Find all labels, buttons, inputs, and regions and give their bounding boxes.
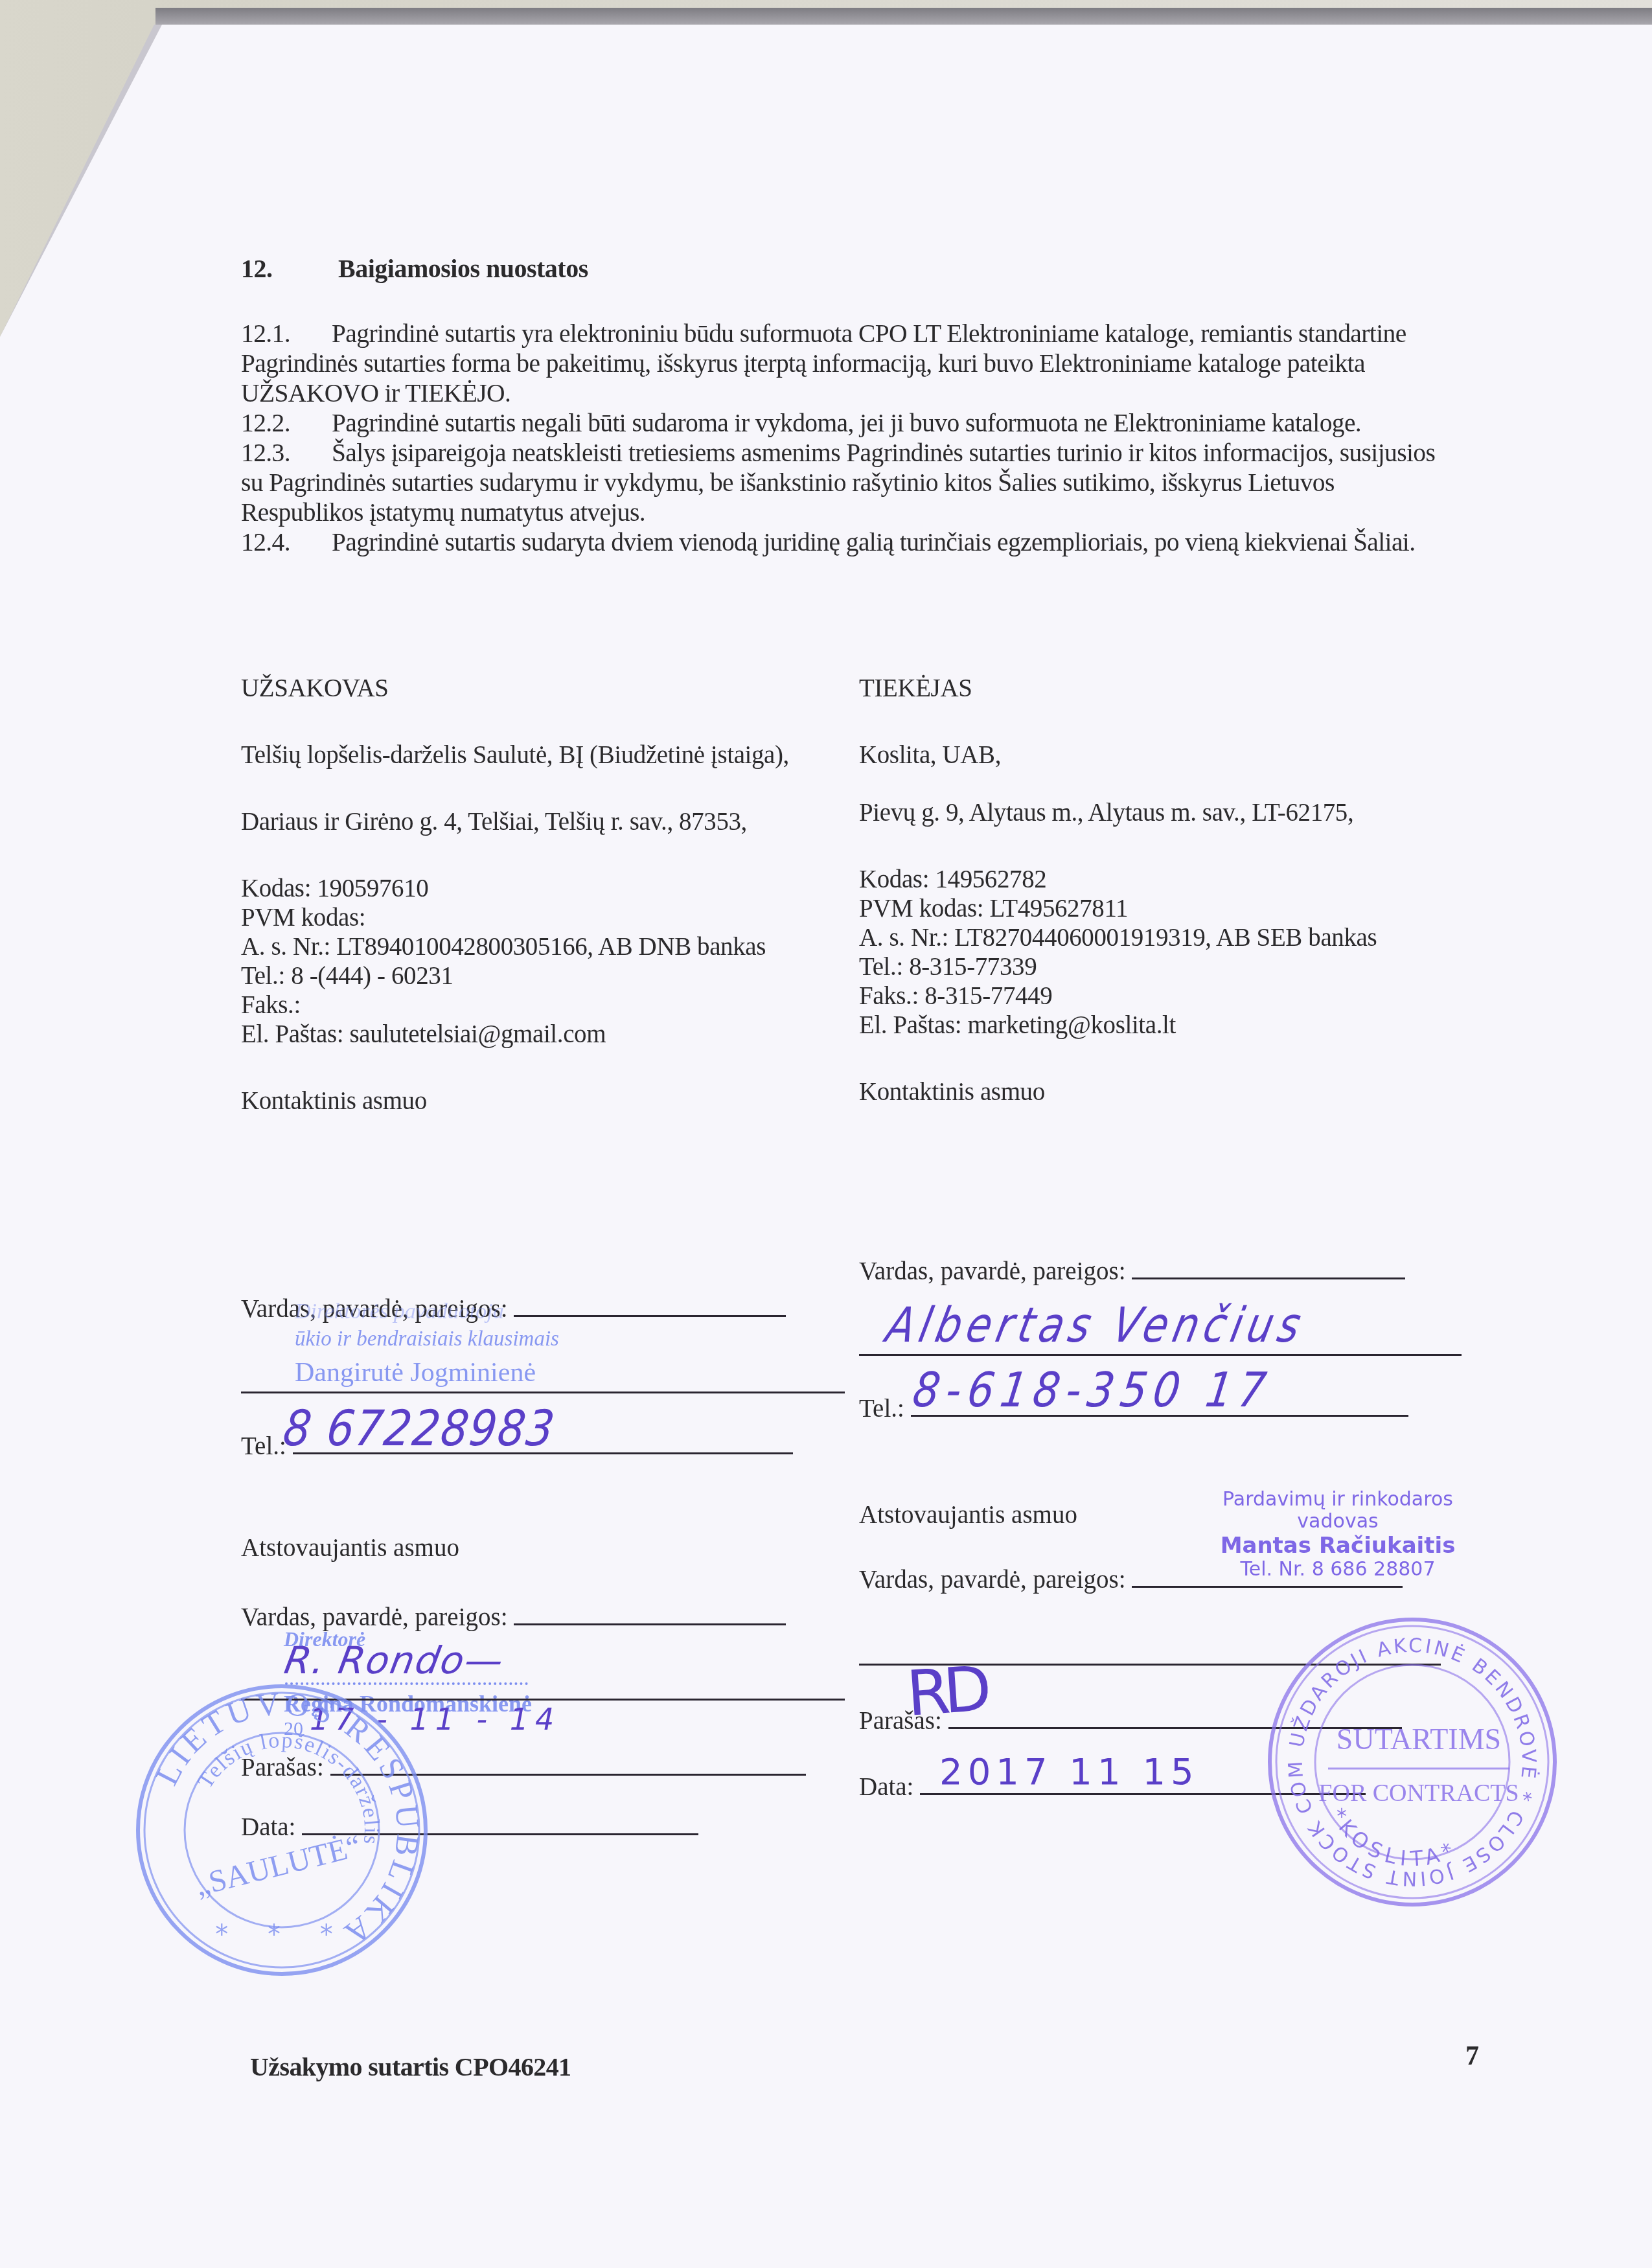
supplier-fax: Faks.: 8-315-77449	[859, 981, 1481, 1011]
supplier-rep-name-field: Vardas, pavardė, pareigos:	[859, 1565, 1403, 1594]
buyer-rep-signature-handwritten: R. Rondo—	[281, 1639, 508, 1682]
clause-number: 12.1.	[241, 319, 332, 349]
supplier-name: Koslita, UAB,	[859, 740, 1481, 770]
buyer-account: A. s. Nr.: LT894010042800305166, AB DNB …	[241, 932, 824, 961]
supplier-email: El. Paštas: marketing@koslita.lt	[859, 1011, 1481, 1040]
clause-12-1: 12.1.Pagrindinė sutartis yra elektronini…	[241, 319, 1452, 408]
supplier-address: Pievų g. 9, Alytaus m., Alytaus m. sav.,…	[859, 798, 1429, 827]
clause-number: 12.4.	[241, 527, 332, 557]
buyer-contact-stamp-role-1: Direktorės pavaduotoja	[295, 1299, 504, 1324]
document-page: 12.Baigiamosios nuostatos 12.1.Pagrindin…	[0, 0, 1652, 2268]
clause-text: Pagrindinė sutartis sudaryta dviem vieno…	[332, 528, 1416, 556]
supplier-rep-stamp-role-1: Pardavimų ir rinkodaros	[1199, 1489, 1477, 1511]
supplier-seal-bottom-text: *KOSLITA*	[1325, 1804, 1462, 1872]
svg-text:*KOSLITA*: *KOSLITA*	[1325, 1804, 1462, 1872]
supplier-rep-stamp-role-2: vadovas	[1199, 1511, 1477, 1533]
field-label: Data:	[859, 1773, 913, 1801]
supplier-seal-center-bottom: FOR CONTRACTS	[1318, 1780, 1519, 1807]
buyer-contact-stamp-role-2: ūkio ir bendraisiais klausimais	[295, 1327, 559, 1351]
buyer-column: UŽSAKOVAS Telšių lopšelis-darželis Saulu…	[241, 674, 863, 1116]
buyer-seal-center-text: „SAULUTĖ“	[192, 1829, 364, 1903]
section-title: Baigiamosios nuostatos	[338, 254, 588, 283]
field-label: Tel.:	[241, 1432, 286, 1460]
supplier-vat-code: PVM kodas: LT495627811	[859, 894, 1481, 923]
clause-number: 12.3.	[241, 438, 332, 468]
supplier-rep-stamp-name: Mantas Račiukaitis	[1199, 1533, 1477, 1559]
clause-12-4: 12.4.Pagrindinė sutartis sudaryta dviem …	[241, 527, 1452, 557]
supplier-contact-heading: Kontaktinis asmuo	[859, 1077, 1481, 1106]
field-label: Tel.:	[859, 1395, 904, 1423]
buyer-contact-extra-line[interactable]	[241, 1392, 845, 1393]
buyer-vat-code: PVM kodas:	[241, 903, 863, 932]
footer-page-number: 7	[1465, 2041, 1479, 2072]
buyer-contact-stamp-name: Dangirutė Jogminienė	[295, 1357, 536, 1389]
field-label: Vardas, pavardė, pareigos:	[859, 1566, 1126, 1594]
supplier-contact-name-field: Vardas, pavardė, pareigos:	[859, 1257, 1405, 1286]
supplier-contact-extra-line[interactable]	[859, 1354, 1462, 1356]
buyer-seal-stars: * * *	[215, 1920, 348, 1950]
clauses-list: 12.1.Pagrindinė sutartis yra elektronini…	[241, 319, 1452, 557]
buyer-seal-stamp: LIETUVOS RESPUBLIKA Telšių lopšelis-darž…	[133, 1681, 431, 1979]
supplier-seal-stamp: UŽDAROJI AKCINĖ BENDROVĖ * CLOSE JOINT S…	[1263, 1613, 1561, 1911]
supplier-heading: TIEKĖJAS	[859, 674, 1481, 703]
supplier-contact-name-line[interactable]	[1132, 1277, 1405, 1279]
supplier-rep-name-line[interactable]	[1132, 1585, 1403, 1588]
field-label: Vardas, pavardė, pareigos:	[241, 1603, 508, 1631]
section-number: 12.	[241, 254, 338, 284]
buyer-name: Telšių lopšelis-darželis Saulutė, BĮ (Bi…	[241, 740, 811, 770]
field-label: Vardas, pavardė, pareigos:	[859, 1257, 1126, 1285]
supplier-date-handwritten: 2017 11 15	[939, 1752, 1199, 1794]
buyer-heading: UŽSAKOVAS	[241, 674, 863, 703]
buyer-rep-name-line[interactable]	[514, 1623, 786, 1625]
supplier-account: A. s. Nr.: LT827044060001919319, AB SEB …	[859, 923, 1442, 952]
supplier-contact-phone-handwritten: 8-618-350 17	[910, 1363, 1276, 1418]
clause-text: Pagrindinė sutartis negali būti sudaroma…	[332, 409, 1361, 437]
clause-text: Pagrindinė sutartis yra elektroniniu būd…	[241, 319, 1406, 407]
clause-text: Šalys įsipareigoja neatskleisti tretiesi…	[241, 439, 1435, 527]
buyer-contact-heading: Kontaktinis asmuo	[241, 1086, 863, 1116]
buyer-contact-name-line[interactable]	[514, 1314, 786, 1317]
svg-text:LIETUVOS RESPUBLIKA: LIETUVOS RESPUBLIKA	[148, 1685, 427, 1954]
footer-document-title: Užsakymo sutartis CPO46241	[250, 2052, 571, 2082]
buyer-rep-heading: Atstovaujantis asmuo	[241, 1533, 459, 1563]
supplier-signature-handwritten: RD	[904, 1653, 987, 1731]
buyer-email: El. Paštas: saulutetelsiai@gmail.com	[241, 1020, 863, 1049]
clause-12-2: 12.2.Pagrindinė sutartis negali būti sud…	[241, 408, 1452, 438]
buyer-fax: Faks.:	[241, 991, 863, 1020]
buyer-phone: Tel.: 8 -(444) - 60231	[241, 961, 863, 991]
buyer-code: Kodas: 190597610	[241, 874, 863, 903]
supplier-column: TIEKĖJAS Koslita, UAB, Pievų g. 9, Alyta…	[859, 674, 1481, 1106]
buyer-contact-phone-handwritten: 8 67228983	[281, 1401, 559, 1458]
section-heading: 12.Baigiamosios nuostatos	[241, 254, 588, 284]
supplier-phone: Tel.: 8-315-77339	[859, 952, 1481, 981]
clause-number: 12.2.	[241, 408, 332, 438]
supplier-contact-name-handwritten: Albertas Venčius	[882, 1298, 1311, 1353]
supplier-seal-center-top: SUTARTIMS	[1337, 1723, 1501, 1756]
supplier-code: Kodas: 149562782	[859, 865, 1481, 894]
buyer-seal-outer-text: LIETUVOS RESPUBLIKA	[148, 1685, 427, 1954]
clause-12-3: 12.3.Šalys įsipareigoja neatskleisti tre…	[241, 438, 1452, 527]
supplier-rep-heading: Atstovaujantis asmuo	[859, 1500, 1077, 1529]
buyer-address: Dariaus ir Girėno g. 4, Telšiai, Telšių …	[241, 807, 772, 836]
